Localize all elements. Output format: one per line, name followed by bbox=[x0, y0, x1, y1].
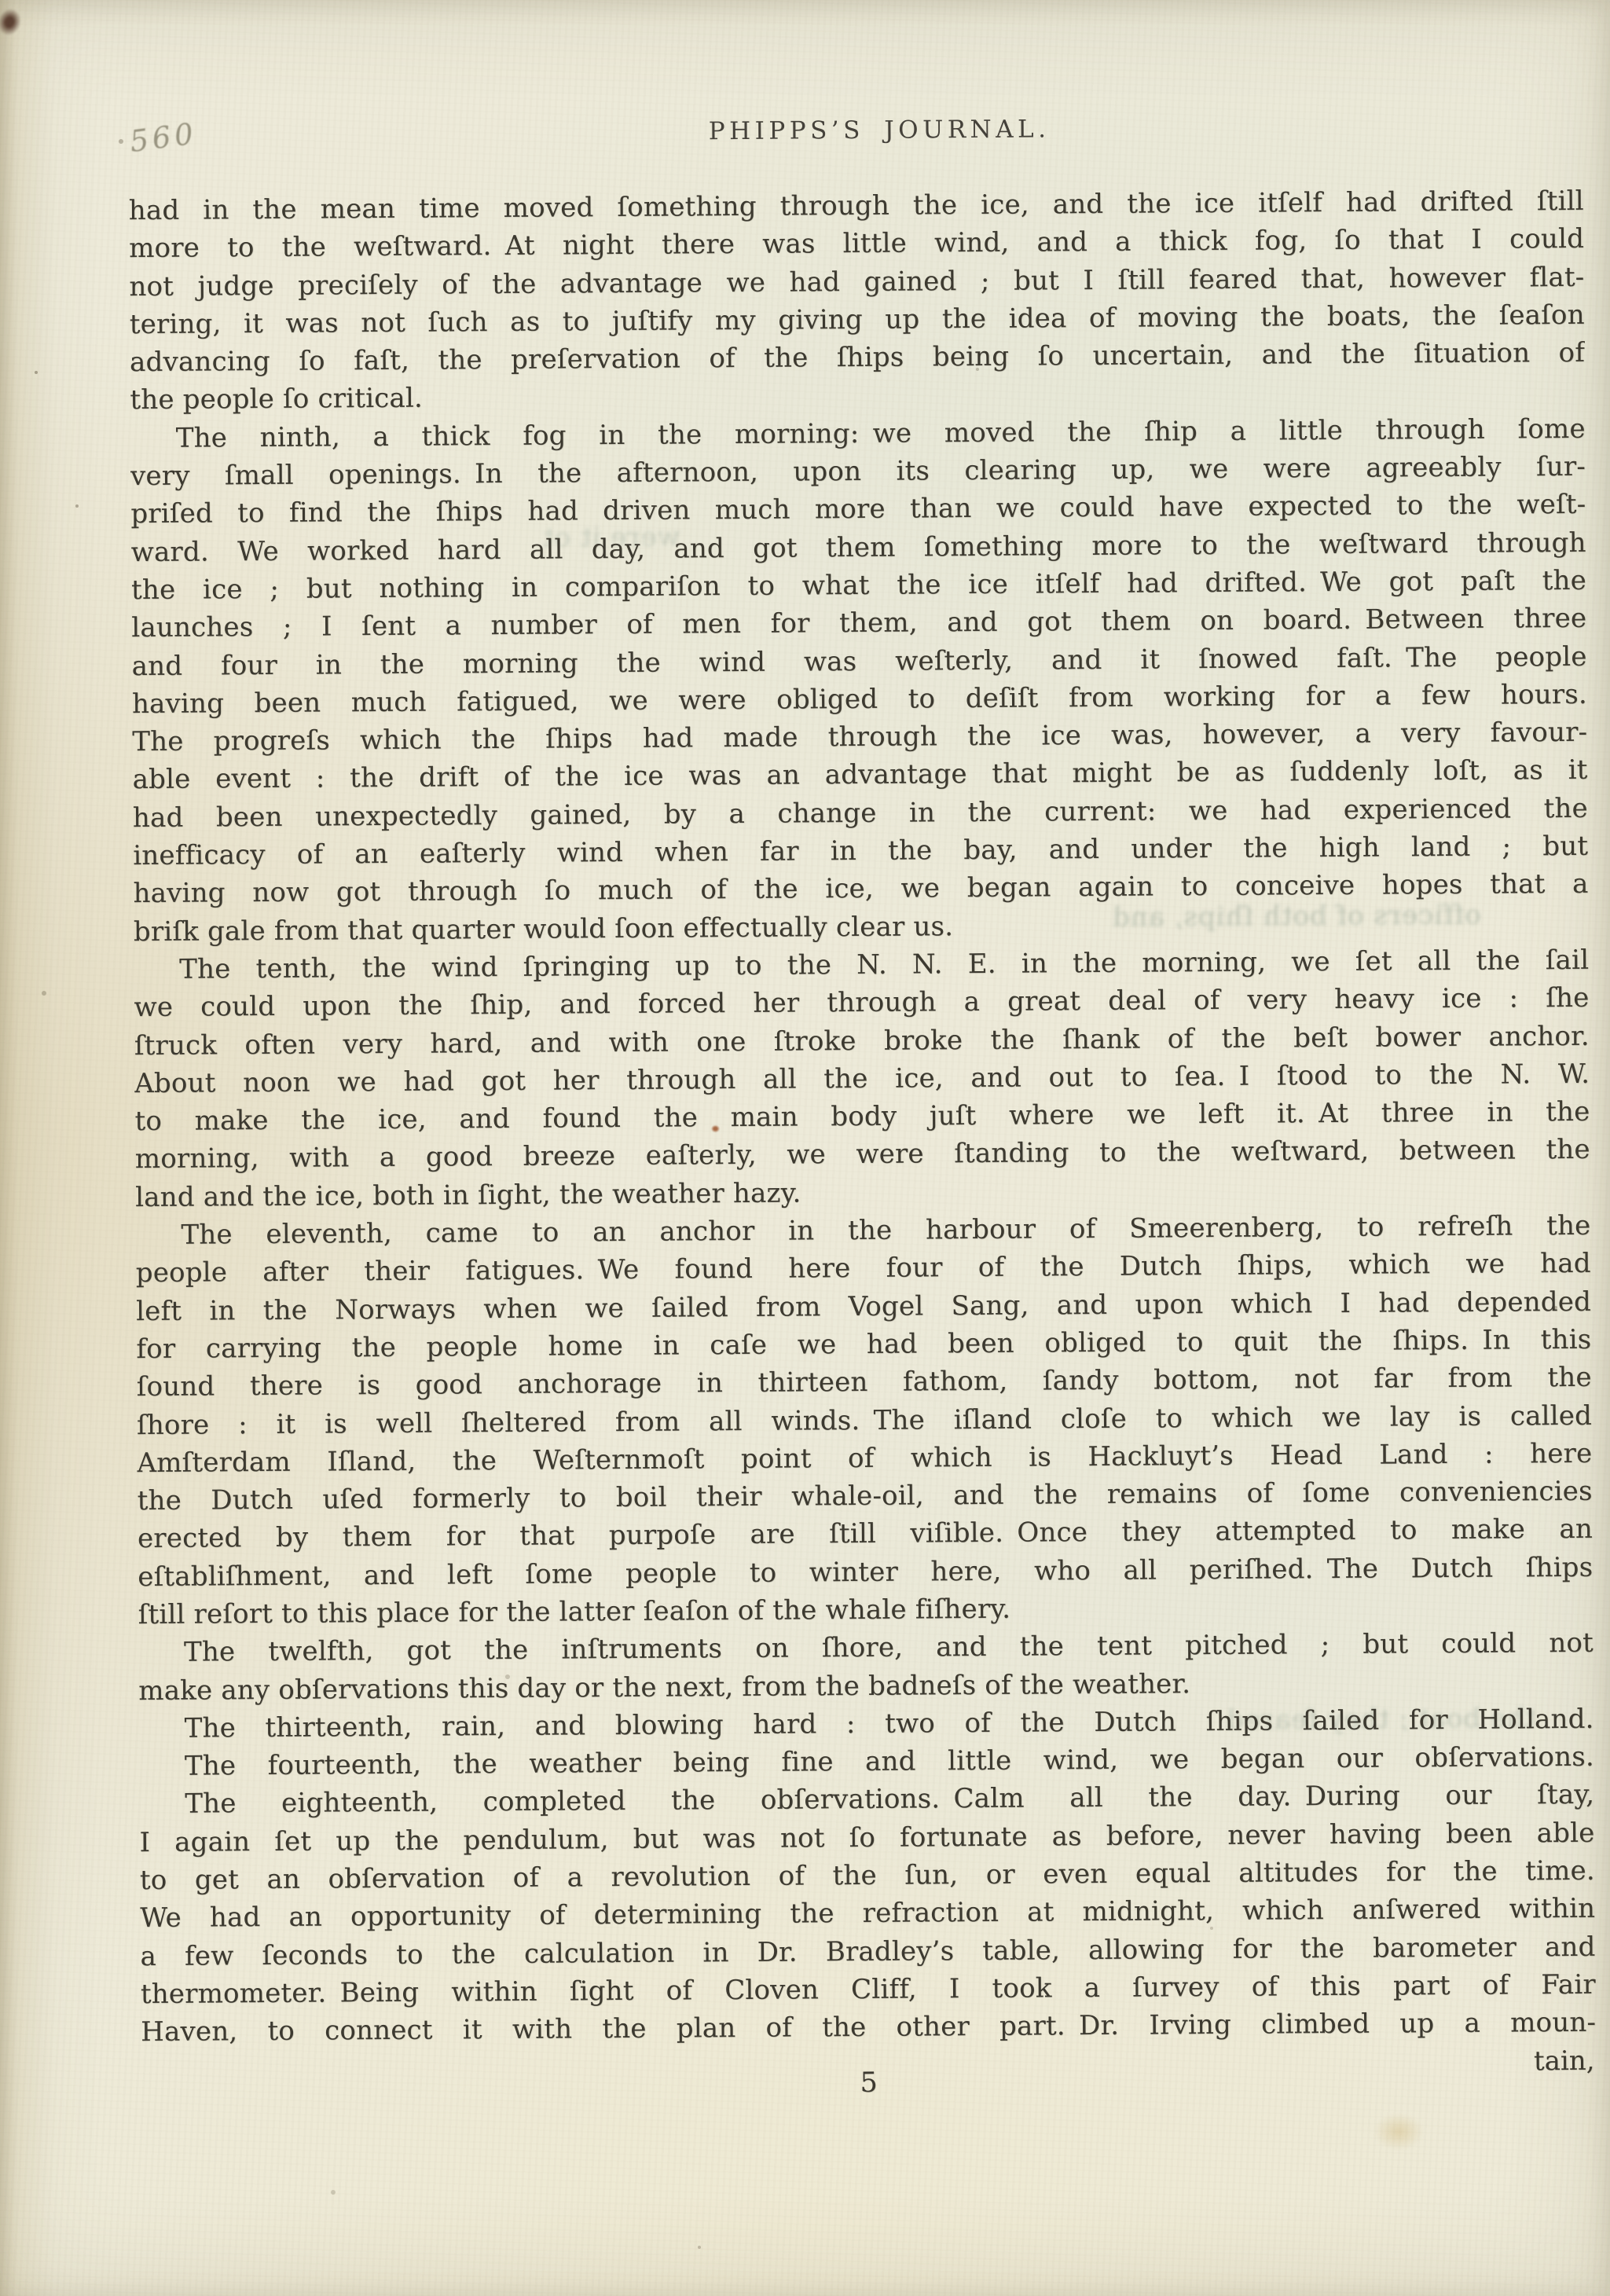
paragraph: The twelfth, got the inſtruments on ſhor… bbox=[138, 1624, 1594, 1710]
corner-ink-blot bbox=[0, 0, 30, 45]
paragraph: The eleventh, came to an anchor in the h… bbox=[135, 1207, 1593, 1634]
signature-mark: 5 bbox=[141, 2062, 1597, 2103]
paragraph: The tenth, the wind ſpringing up to the … bbox=[134, 941, 1590, 1216]
page-content: 560 PHIPPS’S JOURNAL. had in the mean ti… bbox=[128, 105, 1597, 2125]
paragraph: had in the mean time moved ſomething thr… bbox=[129, 182, 1586, 420]
fox-spot bbox=[710, 1124, 721, 1134]
page-header: 560 PHIPPS’S JOURNAL. bbox=[128, 105, 1584, 187]
catchword: tain, bbox=[1534, 2045, 1595, 2077]
body-text: had in the mean time moved ſomething thr… bbox=[129, 182, 1597, 2052]
paper-stain bbox=[1366, 2107, 1432, 2156]
paragraph: The eighteenth, completed the obſervatio… bbox=[139, 1776, 1596, 2051]
paragraph: The ninth, a thick fog in the morning: w… bbox=[130, 410, 1589, 951]
paper-specks bbox=[0, 0, 3, 3]
running-title: PHIPPS’S JOURNAL. bbox=[152, 105, 1607, 149]
book-page-scan: officers of both ſhips, and were it ot t… bbox=[0, 0, 1610, 2296]
